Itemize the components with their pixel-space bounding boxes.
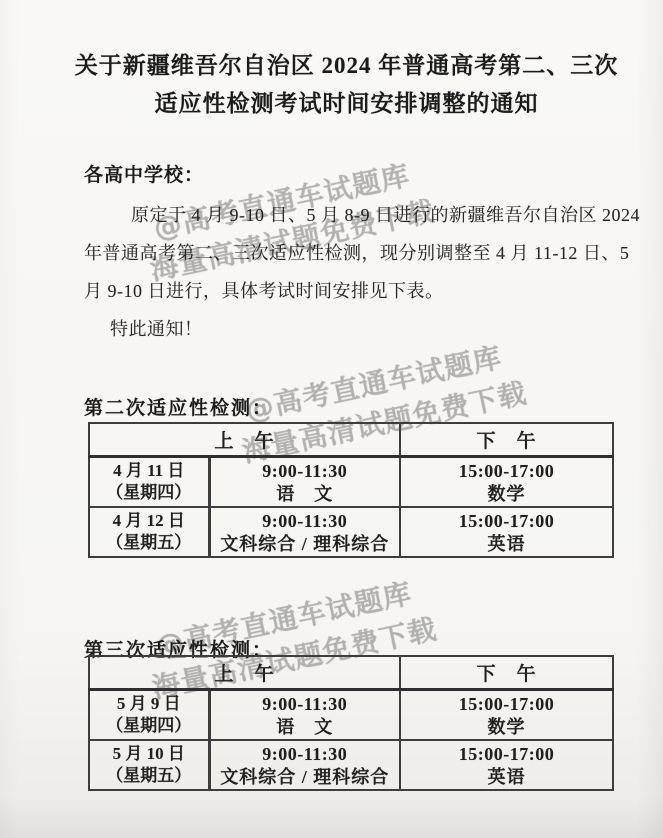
session-time: 15:00-17:00 [401, 741, 612, 765]
date-text: 4 月 11 日 [90, 460, 208, 482]
morning-session-cell: 9:00-11:30 语 文 [209, 457, 400, 508]
morning-session-cell: 9:00-11:30 语 文 [209, 690, 400, 741]
paragraph-line-1: 原定于 4 月 9-10 日、5 月 8-9 日进行的新疆维吾尔自治区 2024 [84, 196, 640, 234]
session-subject: 文科综合 / 理科综合 [211, 765, 400, 789]
weekday-text: （星期五） [90, 532, 208, 554]
notice-document: @高考直通车试题库 海量高清试题免费下载 @高考直通车试题库 海量高清试题免费下… [0, 0, 663, 838]
table-row: 5 月 10 日 （星期五） 9:00-11:30 文科综合 / 理科综合 15… [89, 740, 613, 790]
date-text: 5 月 9 日 [90, 693, 208, 715]
table-row: 4 月 11 日 （星期四） 9:00-11:30 语 文 15:00-17:0… [89, 457, 613, 508]
table-row: 4 月 12 日 （星期五） 9:00-11:30 文科综合 / 理科综合 15… [89, 507, 613, 557]
session-time: 15:00-17:00 [401, 458, 612, 482]
session-time: 9:00-11:30 [211, 508, 400, 532]
title-line-1: 关于新疆维吾尔自治区 2024 年普通高考第二、三次 [30, 47, 663, 85]
schedule-table-third-test: 上 午 下 午 5 月 9 日 （星期四） 9:00-11:30 语 文 15:… [88, 655, 614, 791]
weekday-text: （星期四） [90, 482, 208, 504]
session-time: 9:00-11:30 [211, 691, 400, 715]
afternoon-session-cell: 15:00-17:00 英语 [400, 507, 613, 557]
weekday-text: （星期五） [90, 765, 208, 787]
session-subject: 数学 [401, 482, 612, 506]
watermark-line-1: @高考直通车试题库 [242, 334, 522, 431]
exam-date-cell: 5 月 10 日 （星期五） [89, 740, 209, 790]
session-subject: 语 文 [211, 715, 400, 739]
session-subject: 文科综合 / 理科综合 [211, 532, 400, 556]
notice-body: 原定于 4 月 9-10 日、5 月 8-9 日进行的新疆维吾尔自治区 2024… [84, 196, 640, 348]
exam-date-cell: 5 月 9 日 （星期四） [89, 690, 209, 741]
session-time: 9:00-11:30 [211, 741, 400, 765]
table-header-row: 上 午 下 午 [89, 423, 613, 457]
session-subject: 英语 [401, 532, 612, 556]
afternoon-session-cell: 15:00-17:00 数学 [400, 690, 613, 741]
date-text: 4 月 12 日 [90, 510, 208, 532]
afternoon-session-cell: 15:00-17:00 数学 [400, 457, 613, 508]
morning-session-cell: 9:00-11:30 文科综合 / 理科综合 [209, 507, 400, 557]
afternoon-session-cell: 15:00-17:00 英语 [400, 740, 613, 790]
morning-session-cell: 9:00-11:30 文科综合 / 理科综合 [209, 740, 400, 790]
paragraph-line-2: 年普通高考第二、三次适应性检测，现分别调整至 4 月 11-12 日、5 [84, 234, 640, 272]
session-time: 15:00-17:00 [401, 691, 612, 715]
exam-date-cell: 4 月 12 日 （星期五） [89, 507, 209, 557]
session-time: 9:00-11:30 [211, 458, 400, 482]
session-subject: 英语 [401, 765, 612, 789]
afternoon-header: 下 午 [400, 656, 613, 690]
section-heading-second-test: 第二次适应性检测： [84, 393, 273, 420]
table-header-row: 上 午 下 午 [89, 656, 613, 690]
schedule-table-second-test: 上 午 下 午 4 月 11 日 （星期四） 9:00-11:30 语 文 15… [88, 422, 614, 558]
afternoon-header: 下 午 [400, 423, 613, 457]
session-subject: 语 文 [211, 482, 400, 506]
paragraph-line-3: 月 9-10 日进行，具体考试时间安排见下表。 [84, 272, 640, 310]
table-row: 5 月 9 日 （星期四） 9:00-11:30 语 文 15:00-17:00… [89, 690, 613, 741]
weekday-text: （星期四） [90, 715, 208, 737]
morning-header: 上 午 [89, 656, 400, 690]
document-title: 关于新疆维吾尔自治区 2024 年普通高考第二、三次 适应性检测考试时间安排调整… [0, 47, 663, 123]
session-time: 15:00-17:00 [401, 508, 612, 532]
salutation: 各高中学校： [84, 160, 204, 187]
morning-header: 上 午 [89, 423, 400, 457]
title-line-2: 适应性检测考试时间安排调整的通知 [30, 85, 663, 123]
session-subject: 数学 [401, 715, 612, 739]
closing-statement: 特此通知！ [110, 310, 640, 348]
exam-date-cell: 4 月 11 日 （星期四） [89, 457, 209, 508]
date-text: 5 月 10 日 [90, 743, 208, 765]
